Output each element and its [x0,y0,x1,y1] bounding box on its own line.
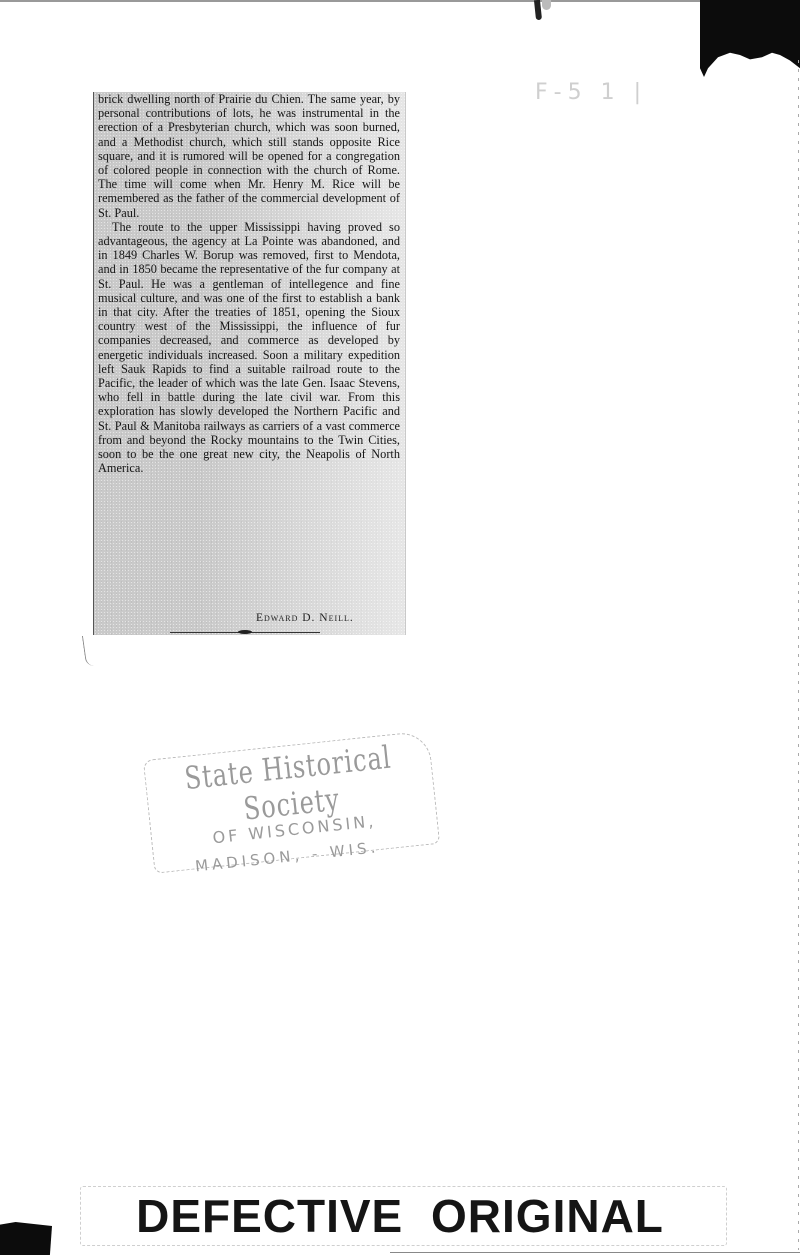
dark-scan-bottom-corner [0,1222,52,1255]
author-signature: Edward D. Neill. [256,612,354,624]
page-right-edge [798,60,799,1250]
page-top-edge [0,0,700,2]
clipping-curl-edge [82,636,95,666]
library-stamp: State Historical Society OF WISCONSIN, M… [143,730,440,873]
defective-original-label: DEFECTIVE ORIGINAL [0,1189,800,1243]
article-paragraph-2: The route to the upper Mississippi havin… [98,220,400,476]
scan-artifact-mark [534,0,542,20]
article-text: brick dwelling north of Prairie du Chien… [98,92,400,475]
closing-rule-ornament [238,630,252,634]
article-paragraph-1: brick dwelling north of Prairie du Chien… [98,92,400,220]
pencil-annotation: F-5 1 | [535,80,647,105]
dark-scan-corner [700,0,800,110]
page-bottom-edge [390,1252,800,1253]
scan-artifact-smudge [542,0,551,10]
